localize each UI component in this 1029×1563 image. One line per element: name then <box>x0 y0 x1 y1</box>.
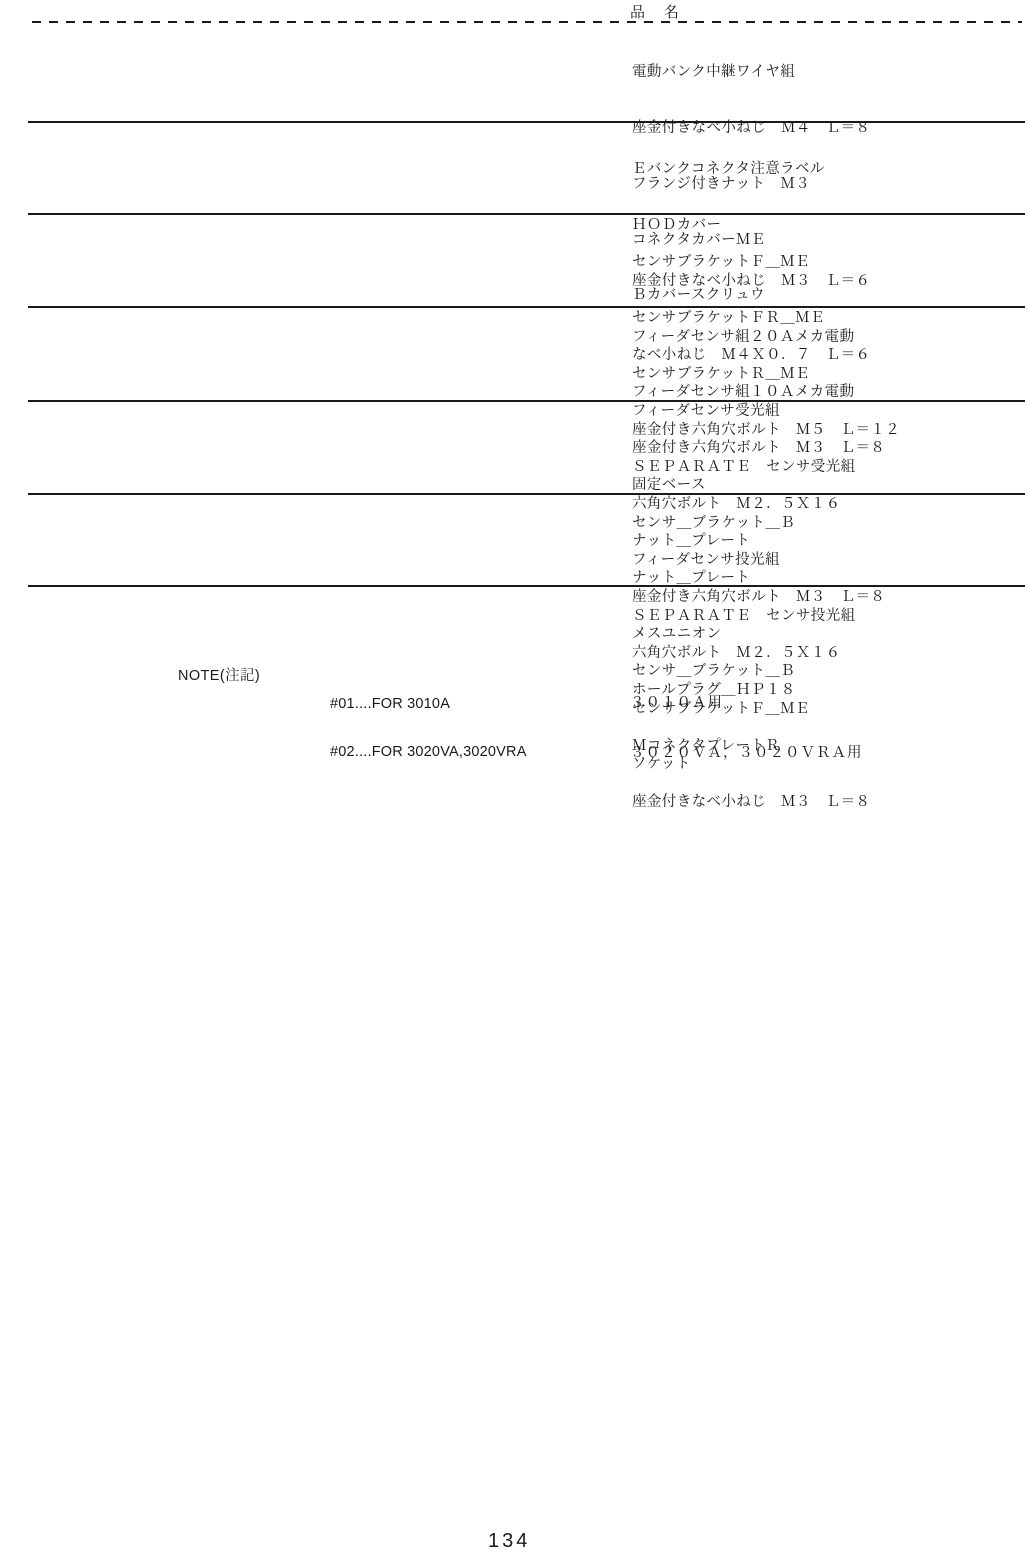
group-divider-2 <box>28 213 1025 215</box>
note-code: #02....FOR 3020VA,3020VRA <box>330 744 527 760</box>
note-meaning: ３０２０ＶＡ，３０２０ＶＲＡ用 <box>630 745 863 762</box>
part-name: 座金付きなべ小ねじ Ｍ３ Ｌ＝８ <box>632 793 870 812</box>
group-divider-1 <box>28 121 1025 123</box>
part-name: 電動バンク中継ワイヤ組 <box>632 63 870 82</box>
part-name: センサブラケットＦ＿ＭＥ <box>632 253 900 272</box>
part-name: Ｅバンクコネクタ注意ラベル <box>632 160 870 179</box>
part-name: ナット＿プレート <box>632 532 885 551</box>
note-label: NOTE(注記) <box>178 664 260 685</box>
part-name-column-header: 品 名 <box>630 1 681 22</box>
page-number: 134 <box>488 1530 530 1553</box>
part-name: なべ小ねじ Ｍ４Ｘ０．７ Ｌ＝６ <box>632 346 870 365</box>
note-code: #01....FOR 3010A <box>330 696 527 712</box>
note-meanings: ３０１０Ａ用 ３０２０ＶＡ，３０２０ＶＲＡ用 <box>630 662 863 794</box>
group-divider-3 <box>28 306 1025 308</box>
note-meaning: ３０１０Ａ用 <box>630 695 863 712</box>
part-name: メスユニオン <box>632 625 870 644</box>
group-divider-6 <box>28 585 1025 587</box>
part-name: 座金付き六角穴ボルト Ｍ３ Ｌ＝８ <box>632 439 885 458</box>
note-codes: #01....FOR 3010A #02....FOR 3020VA,3020V… <box>330 664 527 792</box>
parts-list-page: 品 名 電動バンク中継ワイヤ組 座金付きなべ小ねじ Ｍ４ Ｌ＝８ フランジ付きナ… <box>0 0 1029 1563</box>
header-divider-dashed-line <box>32 21 1022 23</box>
